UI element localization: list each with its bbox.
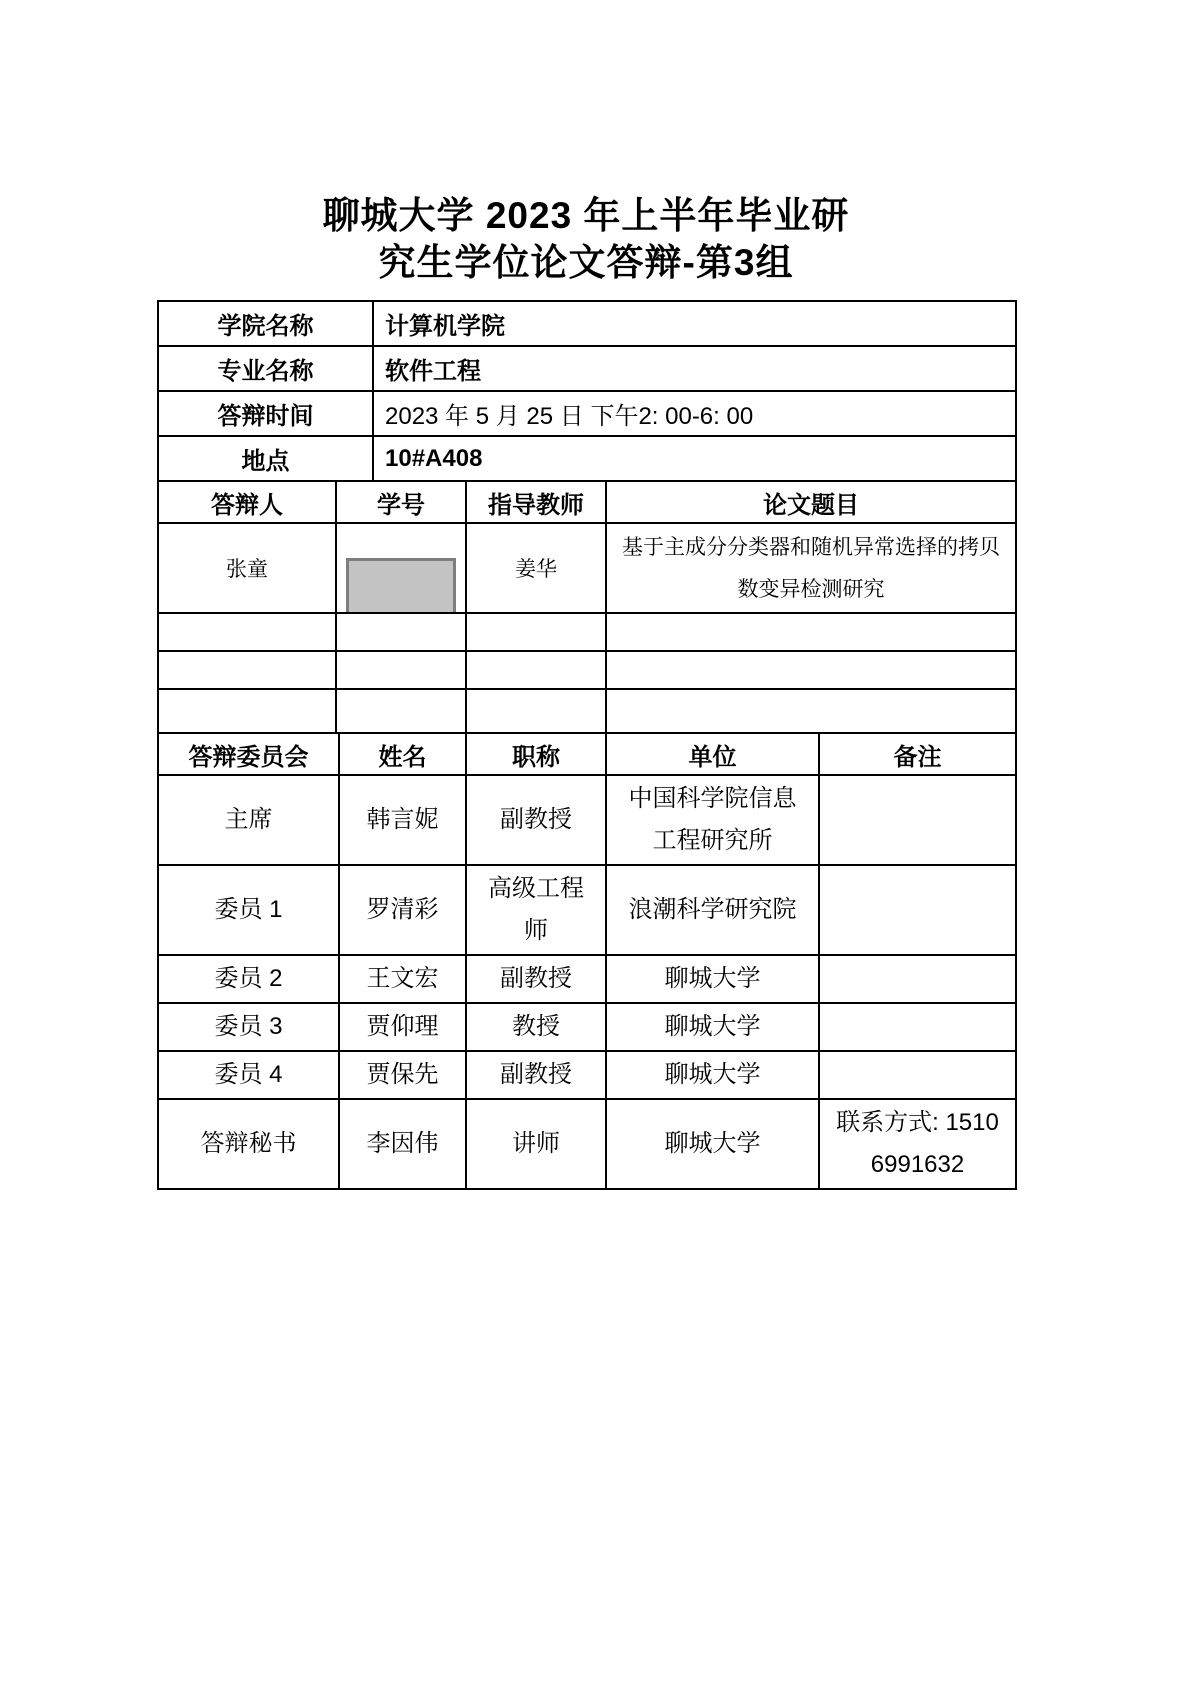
table-row: 委员 3 贾仰理 教授 聊城大学	[158, 1003, 1016, 1051]
candidates-section: 答辩人 学号 指导教师 论文题目 张童 姜华 基于主成分分类器和随机异常选择的拷…	[157, 480, 1017, 734]
member-note-cell	[819, 1051, 1016, 1099]
info-label-cell: 地点	[158, 436, 373, 481]
thesis-title-cell: 基于主成分分类器和随机异常选择的拷贝数变异检测研究	[606, 523, 1016, 613]
advisor-header-cell: 指导教师	[466, 481, 606, 523]
empty-cell	[158, 613, 336, 651]
student-id-redaction-box	[346, 558, 456, 612]
table-row: 主席 韩言妮 副教授 中国科学院信息工程研究所	[158, 775, 1016, 865]
member-org-cell: 聊城大学	[606, 1003, 819, 1051]
empty-cell	[466, 689, 606, 733]
empty-cell	[336, 651, 466, 689]
role-cell: 委员 2	[158, 955, 339, 1003]
table-row: 委员 4 贾保先 副教授 聊城大学	[158, 1051, 1016, 1099]
member-name-cell: 罗清彩	[339, 865, 466, 955]
member-name-cell: 贾仰理	[339, 1003, 466, 1051]
info-value-cell: 2023 年 5 月 25 日 下午2: 00-6: 00	[373, 391, 1016, 436]
empty-cell	[606, 689, 1016, 733]
member-name-cell: 贾保先	[339, 1051, 466, 1099]
member-title-cell: 副教授	[466, 775, 606, 865]
member-name-cell: 李因伟	[339, 1099, 466, 1189]
member-title-cell: 副教授	[466, 1051, 606, 1099]
page-title: 聊城大学 2023 年上半年毕业研 究生学位论文答辩-第3组	[157, 192, 1015, 286]
page-title-line1: 聊城大学 2023 年上半年毕业研	[157, 192, 1015, 239]
info-label-cell: 学院名称	[158, 301, 373, 346]
table-header-row: 答辩委员会 姓名 职称 单位 备注	[158, 733, 1016, 775]
member-org-cell: 聊城大学	[606, 1051, 819, 1099]
member-note-cell	[819, 865, 1016, 955]
empty-cell	[158, 651, 336, 689]
empty-cell	[336, 689, 466, 733]
member-note-cell	[819, 1003, 1016, 1051]
role-cell: 委员 1	[158, 865, 339, 955]
table-header-row: 答辩人 学号 指导教师 论文题目	[158, 481, 1016, 523]
member-org-cell: 聊城大学	[606, 1099, 819, 1189]
empty-cell	[466, 651, 606, 689]
table-row: 答辩时间 2023 年 5 月 25 日 下午2: 00-6: 00	[158, 391, 1016, 436]
committee-header-cell: 答辩委员会	[158, 733, 339, 775]
org-header-cell: 单位	[606, 733, 819, 775]
page-title-line2: 究生学位论文答辩-第3组	[157, 239, 1015, 286]
member-org-cell: 聊城大学	[606, 955, 819, 1003]
member-name-cell: 韩言妮	[339, 775, 466, 865]
empty-cell	[158, 689, 336, 733]
info-section: 学院名称 计算机学院 专业名称 软件工程 答辩时间 2023 年 5 月 25 …	[157, 300, 1017, 482]
member-title-cell: 讲师	[466, 1099, 606, 1189]
name-header-cell: 姓名	[339, 733, 466, 775]
table-row: 地点 10#A408	[158, 436, 1016, 481]
empty-cell	[466, 613, 606, 651]
info-value-cell: 软件工程	[373, 346, 1016, 391]
member-note-cell	[819, 775, 1016, 865]
member-title-cell: 副教授	[466, 955, 606, 1003]
note-header-cell: 备注	[819, 733, 1016, 775]
thesis-title-header-cell: 论文题目	[606, 481, 1016, 523]
empty-cell	[606, 613, 1016, 651]
advisor-cell: 姜华	[466, 523, 606, 613]
info-value-cell: 计算机学院	[373, 301, 1016, 346]
table-row	[158, 689, 1016, 733]
table-row: 委员 2 王文宏 副教授 聊城大学	[158, 955, 1016, 1003]
defense-table: 学院名称 计算机学院 专业名称 软件工程 答辩时间 2023 年 5 月 25 …	[157, 300, 1015, 1190]
table-row: 答辩秘书 李因伟 讲师 聊城大学 联系方式: 15106991632	[158, 1099, 1016, 1189]
empty-cell	[336, 613, 466, 651]
info-label-cell: 答辩时间	[158, 391, 373, 436]
role-cell: 答辩秘书	[158, 1099, 339, 1189]
member-org-cell: 中国科学院信息工程研究所	[606, 775, 819, 865]
table-row	[158, 651, 1016, 689]
role-cell: 主席	[158, 775, 339, 865]
member-org-cell: 浪潮科学研究院	[606, 865, 819, 955]
member-title-cell: 教授	[466, 1003, 606, 1051]
role-cell: 委员 3	[158, 1003, 339, 1051]
student-id-cell	[336, 523, 466, 613]
role-cell: 委员 4	[158, 1051, 339, 1099]
defendant-header-cell: 答辩人	[158, 481, 336, 523]
info-value-cell: 10#A408	[373, 436, 1016, 481]
member-note-cell	[819, 955, 1016, 1003]
student-id-header-cell: 学号	[336, 481, 466, 523]
info-label-cell: 专业名称	[158, 346, 373, 391]
member-note-cell: 联系方式: 15106991632	[819, 1099, 1016, 1189]
title-header-cell: 职称	[466, 733, 606, 775]
table-row: 学院名称 计算机学院	[158, 301, 1016, 346]
table-row: 委员 1 罗清彩 高级工程师 浪潮科学研究院	[158, 865, 1016, 955]
member-name-cell: 王文宏	[339, 955, 466, 1003]
committee-section: 答辩委员会 姓名 职称 单位 备注 主席 韩言妮 副教授 中国科学院信息工程研究…	[157, 732, 1017, 1190]
defendant-name-cell: 张童	[158, 523, 336, 613]
member-title-cell: 高级工程师	[466, 865, 606, 955]
table-row: 张童 姜华 基于主成分分类器和随机异常选择的拷贝数变异检测研究	[158, 523, 1016, 613]
table-row	[158, 613, 1016, 651]
table-row: 专业名称 软件工程	[158, 346, 1016, 391]
empty-cell	[606, 651, 1016, 689]
